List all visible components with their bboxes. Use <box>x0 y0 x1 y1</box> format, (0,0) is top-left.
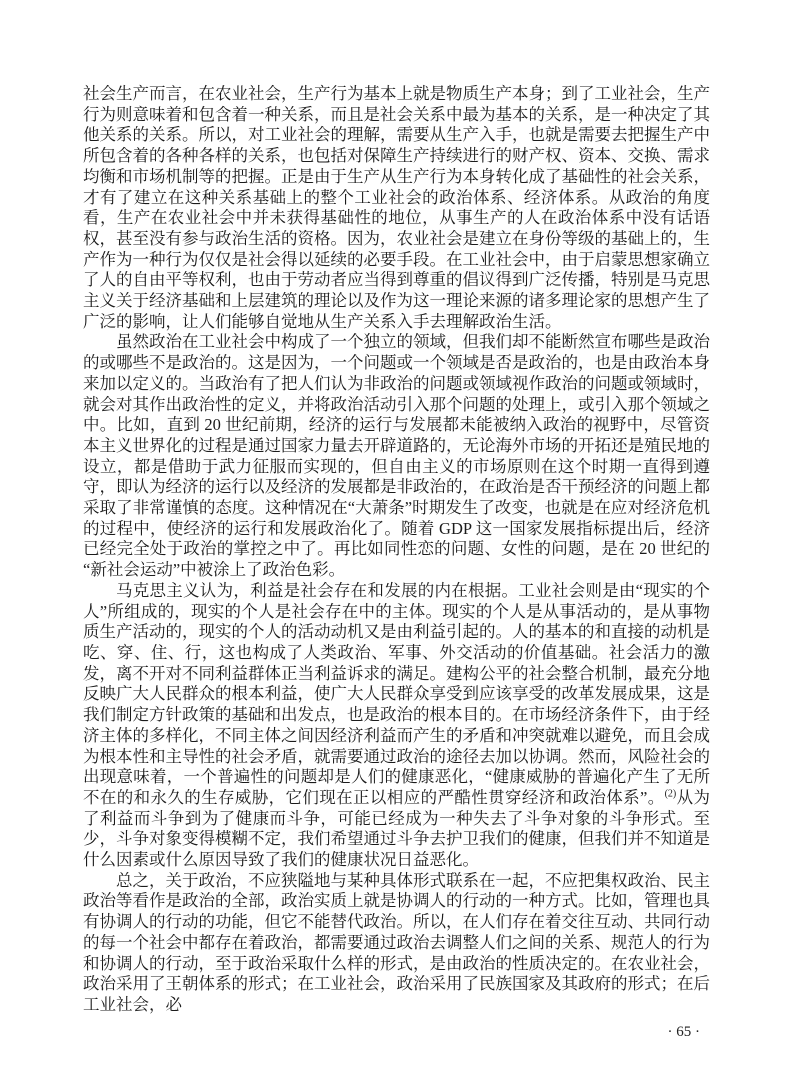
paragraph-3-text-before-note: 马克思主义认为，利益是社会存在和发展的内在根据。工业社会则是由“现实的个人”所组… <box>83 581 710 807</box>
body-paragraph-4: 总之，关于政治，不应狭隘地与某种具体形式联系在一起，不应把集权政治、民主政治等看… <box>83 871 710 1016</box>
body-paragraph-2: 虽然政治在工业社会中构成了一个独立的领域，但我们却不能断然宣布哪些是政治的或哪些… <box>83 332 710 580</box>
body-paragraph-1: 社会生产而言，在农业社会，生产行为基本上就是物质生产本身；到了工业社会，生产行为… <box>83 84 710 332</box>
footnote-reference-marker: (2) <box>665 788 677 799</box>
page-number: · 65 · <box>83 1022 710 1042</box>
document-page: 社会生产而言，在农业社会，生产行为基本上就是物质生产本身；到了工业社会，生产行为… <box>83 84 710 1042</box>
body-paragraph-3: 马克思主义认为，利益是社会存在和发展的内在根据。工业社会则是由“现实的个人”所组… <box>83 581 710 871</box>
